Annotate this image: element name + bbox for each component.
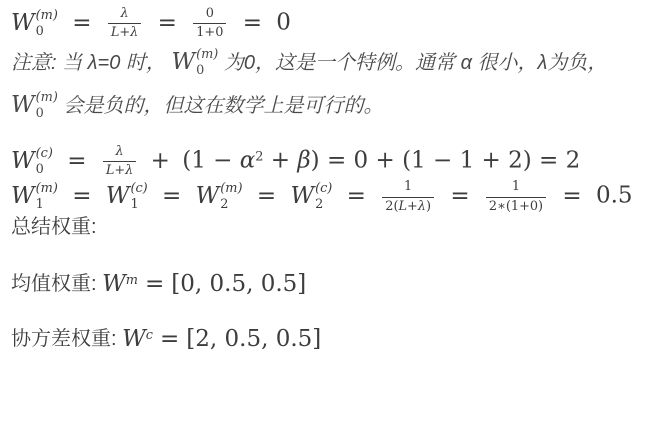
fraction-denominator: L+λ [108, 23, 142, 41]
result-value: 0.5 [596, 183, 633, 209]
subscript: 2 [220, 197, 228, 213]
math-var: W [106, 183, 130, 209]
equals-sign: = [257, 183, 276, 209]
mean-weights-line: 均值权重: Wm=[0, 0.5, 0.5] [11, 271, 644, 299]
math-term-w0m: W(m)0 [11, 8, 58, 40]
subscript: 2 [315, 197, 323, 213]
fraction: 12∗(1+0) [486, 179, 546, 214]
subscript: 0 [36, 106, 44, 122]
superscript: m [126, 273, 138, 288]
superscript: (c) [130, 181, 147, 197]
fraction-denominator: 1+0 [193, 23, 226, 41]
math-text: ) = 0 + (1 − 1 + 2) = 2 [311, 148, 581, 174]
fraction: λL+λ [103, 144, 137, 179]
superscript: (m) [220, 181, 242, 197]
fraction: 01+0 [193, 6, 226, 41]
sub-sup-scripts: (c)1 [129, 181, 147, 213]
mean-weights-label: 均值权重: [11, 273, 102, 295]
equals-sign: = [243, 10, 262, 36]
math-var: W [11, 92, 35, 118]
math-term-w2c: W(c)2 [290, 181, 332, 213]
formula-w0-mean: W(m)0 = λL+λ = 01+0 = 0 [11, 6, 644, 41]
subscript: 0 [36, 24, 44, 40]
weights-vector: [0, 0.5, 0.5] [171, 271, 306, 297]
math-var: W [196, 183, 220, 209]
note-paragraph: 注意: 当 λ=0 时， W(m)0 为0，这是一个特例。通常 α 很小，λ为负… [11, 41, 644, 126]
math-var: W [171, 49, 195, 75]
fraction-numerator: λ [108, 6, 142, 23]
result-value: 0 [276, 10, 291, 36]
math-var: L+λ [398, 199, 426, 214]
math-var: W [11, 10, 35, 36]
superscript: (m) [36, 181, 58, 197]
equals-sign: = [158, 10, 177, 36]
superscript: (m) [36, 90, 58, 106]
formula-w1-w2: W(m)1 = W(c)1 = W(m)2 = W(c)2 = 12(L+λ) … [11, 179, 644, 214]
mean-weights-math: Wm=[0, 0.5, 0.5] [102, 271, 306, 297]
equals-sign: = [67, 148, 86, 174]
fraction-denominator: L+λ [103, 161, 137, 179]
superscript: (c) [315, 181, 332, 197]
math-term-w0c: W(c)0 [11, 146, 53, 178]
fraction-denominator: 2∗(1+0) [486, 197, 546, 215]
fraction: 12(L+λ) [382, 179, 434, 214]
math-var-alpha: α [240, 148, 256, 174]
equals-sign: = [562, 183, 581, 209]
math-term-w1m: W(m)1 [11, 181, 58, 213]
fraction-numerator: 1 [382, 179, 434, 196]
weights-vector: [2, 0.5, 0.5] [186, 326, 321, 352]
math-term-w2m: W(m)2 [196, 181, 243, 213]
summary-heading: 总结权重: [11, 215, 644, 239]
note-text: 会是负的，但这在数学上是可行的。 [58, 95, 384, 117]
superscript: (m) [36, 8, 58, 24]
sub-sup-scripts: (m)0 [195, 47, 218, 79]
sub-sup-scripts: (m)0 [35, 8, 58, 40]
superscript: c [146, 328, 153, 343]
equals-sign: = [72, 183, 91, 209]
math-var: W [102, 271, 126, 297]
math-var: W [122, 326, 146, 352]
fraction-numerator: λ [103, 144, 137, 161]
equals-sign: = [450, 183, 469, 209]
formula-w0-cov: W(c)0 = λL+λ + (1 − α2 + β) = 0 + (1 − 1… [11, 144, 644, 179]
math-text: + [263, 148, 297, 174]
sub-sup-scripts: (c)2 [314, 181, 332, 213]
fraction: λL+λ [108, 6, 142, 41]
math-var: W [290, 183, 314, 209]
sub-sup-scripts: (c)0 [35, 146, 53, 178]
equals-sign: = [347, 183, 366, 209]
subscript: 1 [130, 197, 138, 213]
math-text: 2( [385, 199, 398, 214]
sub-sup-scripts: (m)1 [35, 181, 58, 213]
math-var: W [11, 148, 35, 174]
sub-sup-scripts: (m)0 [35, 90, 58, 122]
math-text: (1 − [182, 148, 240, 174]
note-text: 为0，这是一个特例。通常 α 很小，λ为负， [218, 52, 607, 74]
superscript: (c) [36, 146, 53, 162]
fraction-denominator: 2(L+λ) [382, 197, 434, 215]
math-text: ) [426, 199, 431, 214]
fraction-numerator: 0 [193, 6, 226, 23]
math-var: W [11, 183, 35, 209]
document-content: W(m)0 = λL+λ = 01+0 = 0 注意: 当 λ=0 时， W(m… [0, 0, 656, 435]
note-text: 注意: 当 λ=0 时， [11, 52, 171, 74]
equals-sign: = [72, 10, 91, 36]
math-term-w1c: W(c)1 [106, 181, 148, 213]
cov-weights-line: 协方差权重: Wc=[2, 0.5, 0.5] [11, 326, 644, 354]
subscript: 1 [36, 197, 44, 213]
math-var-beta: β [297, 148, 310, 174]
math-term-w0m-inline: W(m)0 [171, 41, 218, 84]
equals-sign: = [160, 326, 179, 352]
plus-sign: + [151, 148, 170, 174]
equals-sign: = [162, 183, 181, 209]
sub-sup-scripts: (m)2 [219, 181, 242, 213]
superscript: (m) [196, 47, 218, 63]
cov-weights-label: 协方差权重: [11, 328, 122, 350]
subscript: 0 [36, 162, 44, 178]
math-term-w0m-inline: W(m)0 [11, 84, 58, 127]
fraction-numerator: 1 [486, 179, 546, 196]
cov-weights-math: Wc=[2, 0.5, 0.5] [122, 326, 321, 352]
equals-sign: = [145, 271, 164, 297]
subscript: 0 [196, 63, 204, 79]
